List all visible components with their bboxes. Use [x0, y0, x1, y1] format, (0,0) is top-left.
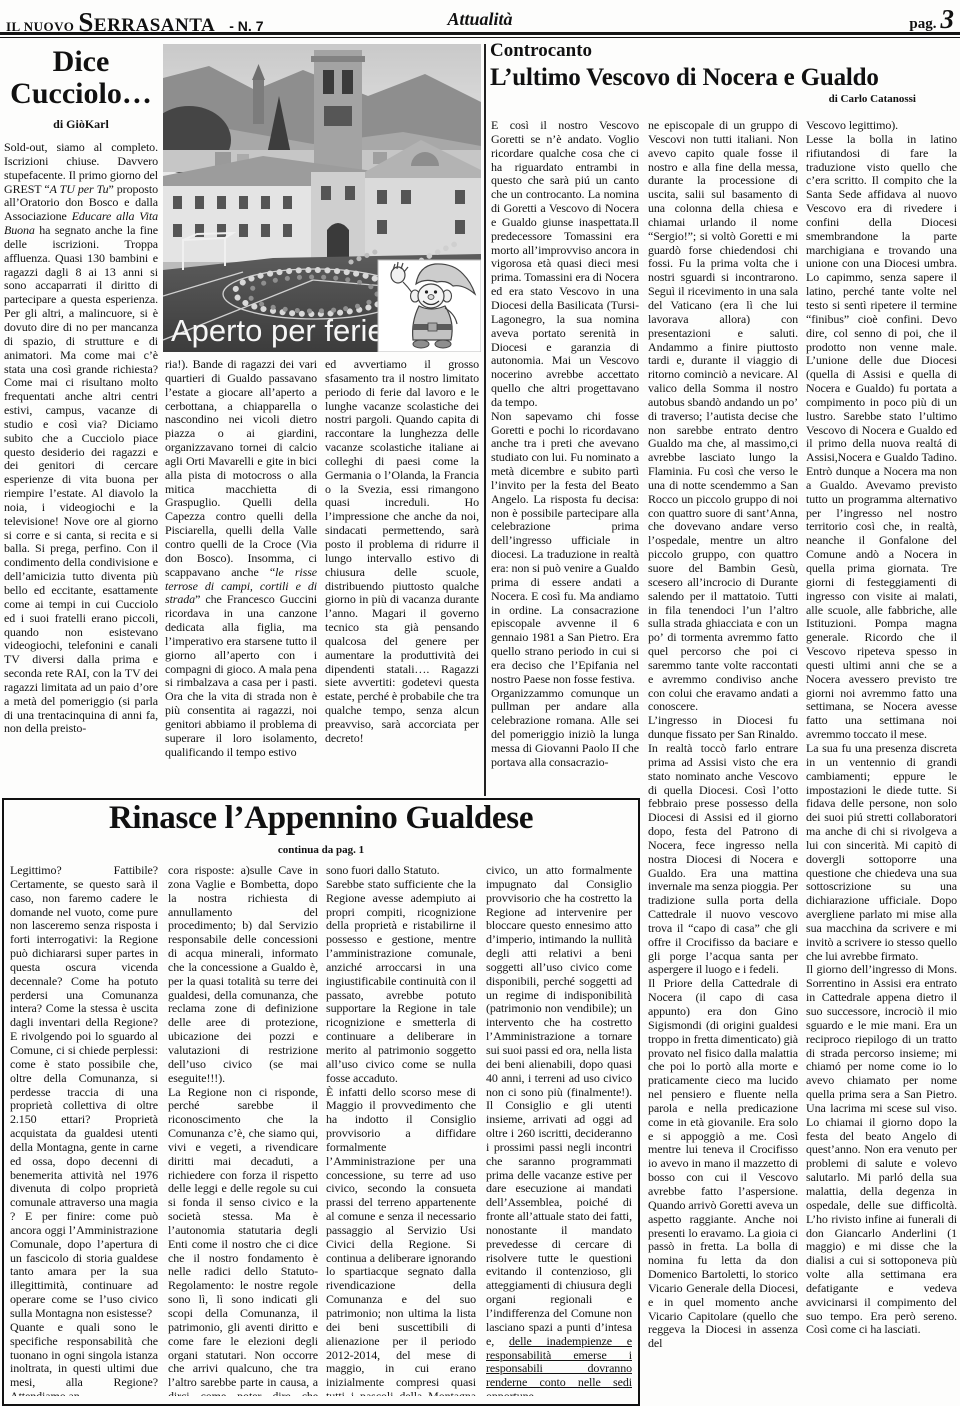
- header-rule-thin: [0, 37, 960, 38]
- article-kicker: Controcanto: [490, 40, 958, 62]
- article-title: Rinasce l’Appennino Gualdese: [4, 800, 638, 837]
- article-byline: di Carlo Catanossi: [490, 93, 916, 105]
- article-text-column: Sold-out, siamo al completo. Iscrizioni …: [4, 141, 158, 736]
- photo-overlay-text: Aperto per ferie: [171, 313, 385, 348]
- rinasce-column-1: Legittimo? Fattibile? Certamente, se que…: [10, 864, 158, 1396]
- controcanto-column-1: E così il nostro Vescovo Goretti se n’è …: [491, 119, 639, 795]
- section-title: Attualità: [0, 9, 960, 30]
- cucciolo-cartoon: [378, 260, 481, 352]
- page-number: pag. 3: [909, 4, 954, 35]
- rinasce-column-4: civico, un atto formalmente impugnato da…: [486, 864, 632, 1396]
- photo-illustration: Aperto per ferie: [163, 44, 481, 352]
- rinasce-column-2: cora risposte: a)sulle Cave in zona Vagl…: [168, 864, 318, 1396]
- article-controcanto-header: Controcanto L’ultimo Vescovo di Nocera e…: [490, 40, 958, 105]
- article-title: Dice Cucciolo…: [4, 46, 158, 109]
- header-rule-thick: [0, 32, 960, 35]
- newspaper-page: Il Nuovo Serrasanta - N. 7 Attualità pag…: [0, 0, 960, 1406]
- article-dice-cucciolo: Dice Cucciolo… di GiòKarl Sold-out, siam…: [4, 44, 158, 792]
- article-rinasce-appennino: Rinasce l’Appennino Gualdese continua da…: [2, 798, 640, 1406]
- page-number-value: 3: [941, 4, 955, 34]
- column-divider-rule: [484, 44, 486, 796]
- controcanto-column-2: ne episcopale di un gruppo di Vescovi no…: [648, 119, 798, 1402]
- oratorio-photo: Aperto per ferie: [163, 44, 481, 352]
- dice-cucciolo-column-3: ed avvertiamo il grosso sfasamento tra i…: [325, 358, 479, 794]
- article-byline: di GiòKarl: [4, 117, 158, 132]
- page-label: pag.: [909, 16, 936, 32]
- dice-cucciolo-column-2: ria!). Bande di ragazzi dei vari quartie…: [165, 358, 317, 794]
- continuation-note: continua da pag. 1: [4, 844, 638, 856]
- controcanto-column-3: Vescovo legittimo). Lesse la bolla in la…: [806, 119, 957, 1402]
- article-title: L’ultimo Vescovo di Nocera e Gualdo: [490, 64, 958, 92]
- rinasce-column-3: sono fuori dallo Statuto. Sarebbe stato …: [326, 864, 476, 1396]
